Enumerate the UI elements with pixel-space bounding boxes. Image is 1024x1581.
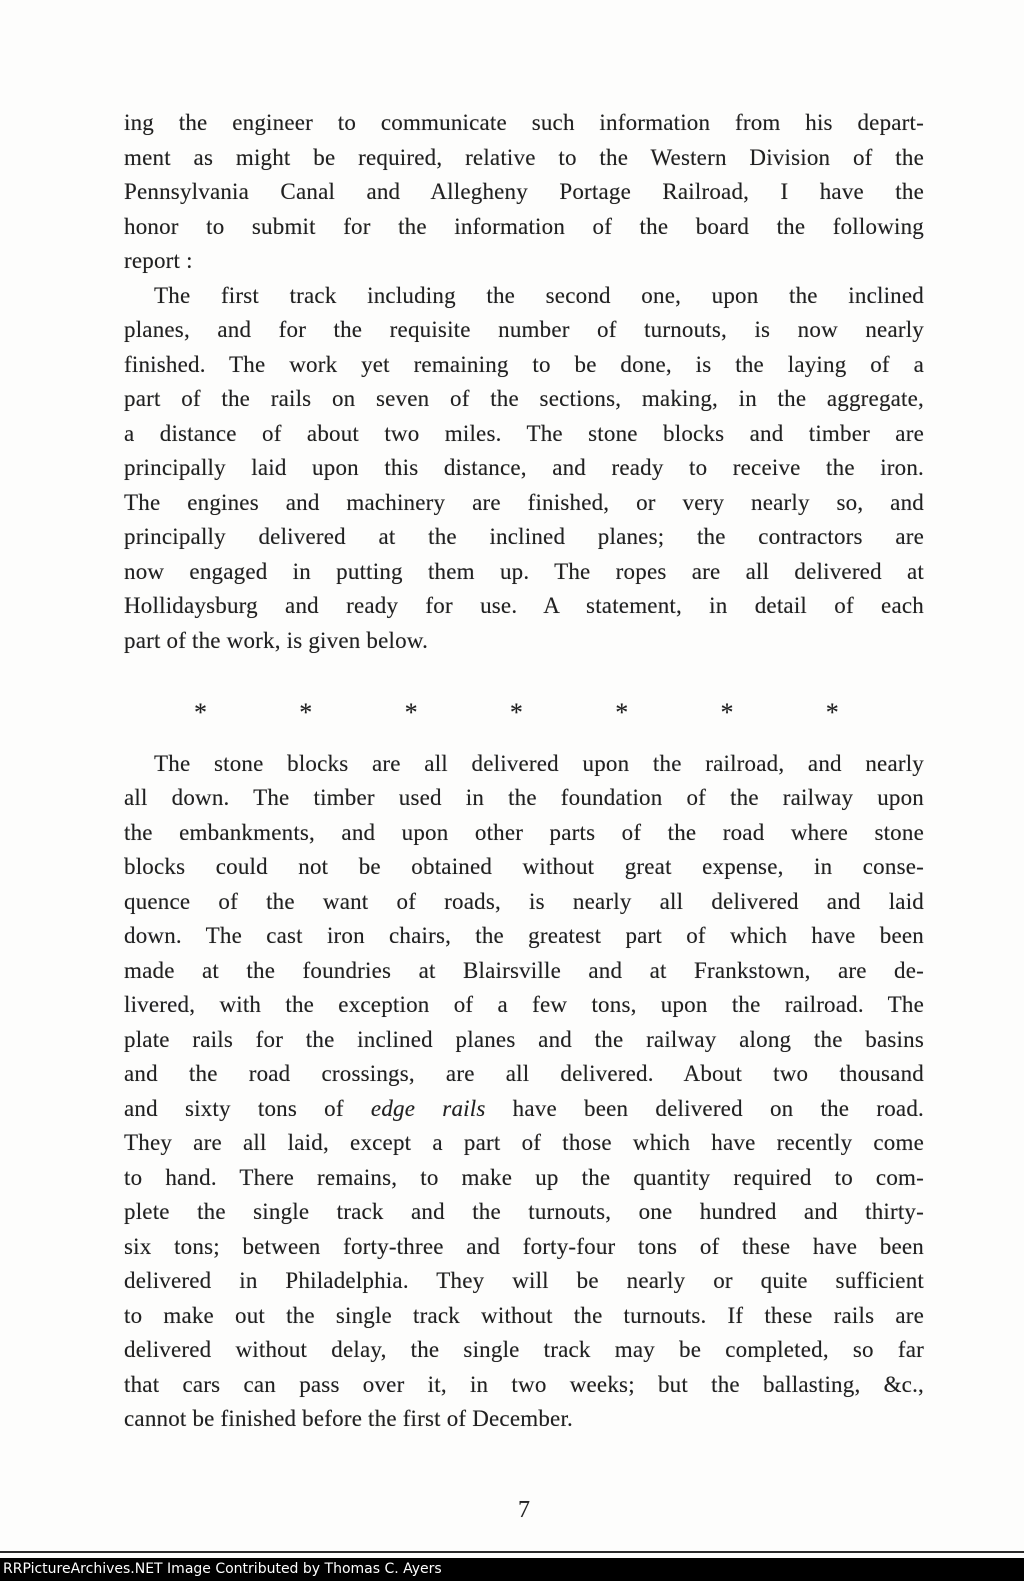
text-line: The stone blocks are all delivered upon … (124, 747, 924, 782)
asterisk-glyph: * (194, 696, 207, 731)
text-line: finished. The work yet remaining to be d… (124, 348, 924, 383)
page-number: 7 (124, 1497, 924, 1524)
text-line: six tons; between forty-three and forty-… (124, 1230, 924, 1265)
footer-divider-line (0, 1551, 1024, 1553)
text-line: made at the foundries at Blairsville and… (124, 954, 924, 989)
credit-footer-bar: RRPictureArchives.NET Image Contributed … (0, 1558, 1024, 1581)
text-line: delivered without delay, the single trac… (124, 1333, 924, 1368)
text-line: all down. The timber used in the foundat… (124, 781, 924, 816)
text-line: They are all laid, except a part of thos… (124, 1126, 924, 1161)
text-segment: have been delivered on the road. (485, 1096, 924, 1121)
paragraph-stone-blocks: The stone blocks are all delivered upon … (124, 747, 924, 1437)
text-line: part of the rails on seven of the sectio… (124, 382, 924, 417)
text-line: to make out the single track without the… (124, 1299, 924, 1334)
text-line: principally delivered at the inclined pl… (124, 520, 924, 555)
text-line: cannot be finished before the first of D… (124, 1402, 924, 1437)
text-line: The engines and machinery are finished, … (124, 486, 924, 521)
asterisk-glyph: * (405, 696, 418, 731)
asterisk-glyph: * (826, 696, 839, 731)
text-line: honor to submit for the information of t… (124, 210, 924, 245)
image-credit-text: RRPictureArchives.NET Image Contributed … (0, 1558, 442, 1581)
text-line: plete the single track and the turnouts,… (124, 1195, 924, 1230)
text-line: delivered in Philadelphia. They will be … (124, 1264, 924, 1299)
text-line: part of the work, is given below. (124, 624, 924, 659)
text-line: planes, and for the requisite number of … (124, 313, 924, 348)
text-line-with-italic: and sixty tons of edge rails have been d… (124, 1092, 924, 1127)
text-line: Hollidaysburg and ready for use. A state… (124, 589, 924, 624)
text-line: a distance of about two miles. The stone… (124, 417, 924, 452)
text-line: Pennsylvania Canal and Allegheny Portage… (124, 175, 924, 210)
text-line: ment as might be required, relative to t… (124, 141, 924, 176)
text-line: the embankments, and upon other parts of… (124, 816, 924, 851)
italic-term-edge-rails: edge rails (371, 1096, 486, 1121)
asterisk-separator: * * * * * * * (194, 696, 839, 731)
asterisk-glyph: * (615, 696, 628, 731)
scanned-document-page: ing the engineer to communicate such inf… (0, 0, 1024, 1581)
report-text-column: ing the engineer to communicate such inf… (124, 106, 924, 1437)
asterisk-glyph: * (720, 696, 733, 731)
text-line: report : (124, 244, 924, 279)
paragraph-first-track: The first track including the second one… (124, 279, 924, 659)
text-line: to hand. There remains, to make up the q… (124, 1161, 924, 1196)
text-line: blocks could not be obtained without gre… (124, 850, 924, 885)
text-line: livered, with the exception of a few ton… (124, 988, 924, 1023)
text-line: that cars can pass over it, in two weeks… (124, 1368, 924, 1403)
asterisk-glyph: * (510, 696, 523, 731)
text-line: quence of the want of roads, is nearly a… (124, 885, 924, 920)
text-line: and the road crossings, are all delivere… (124, 1057, 924, 1092)
text-line: plate rails for the inclined planes and … (124, 1023, 924, 1058)
text-line: now engaged in putting them up. The rope… (124, 555, 924, 590)
paragraph-intro: ing the engineer to communicate such inf… (124, 106, 924, 279)
text-line: ing the engineer to communicate such inf… (124, 106, 924, 141)
text-line: principally laid upon this distance, and… (124, 451, 924, 486)
text-segment: and sixty tons of (124, 1096, 371, 1121)
text-line: down. The cast iron chairs, the greatest… (124, 919, 924, 954)
asterisk-glyph: * (299, 696, 312, 731)
text-line: The first track including the second one… (124, 279, 924, 314)
